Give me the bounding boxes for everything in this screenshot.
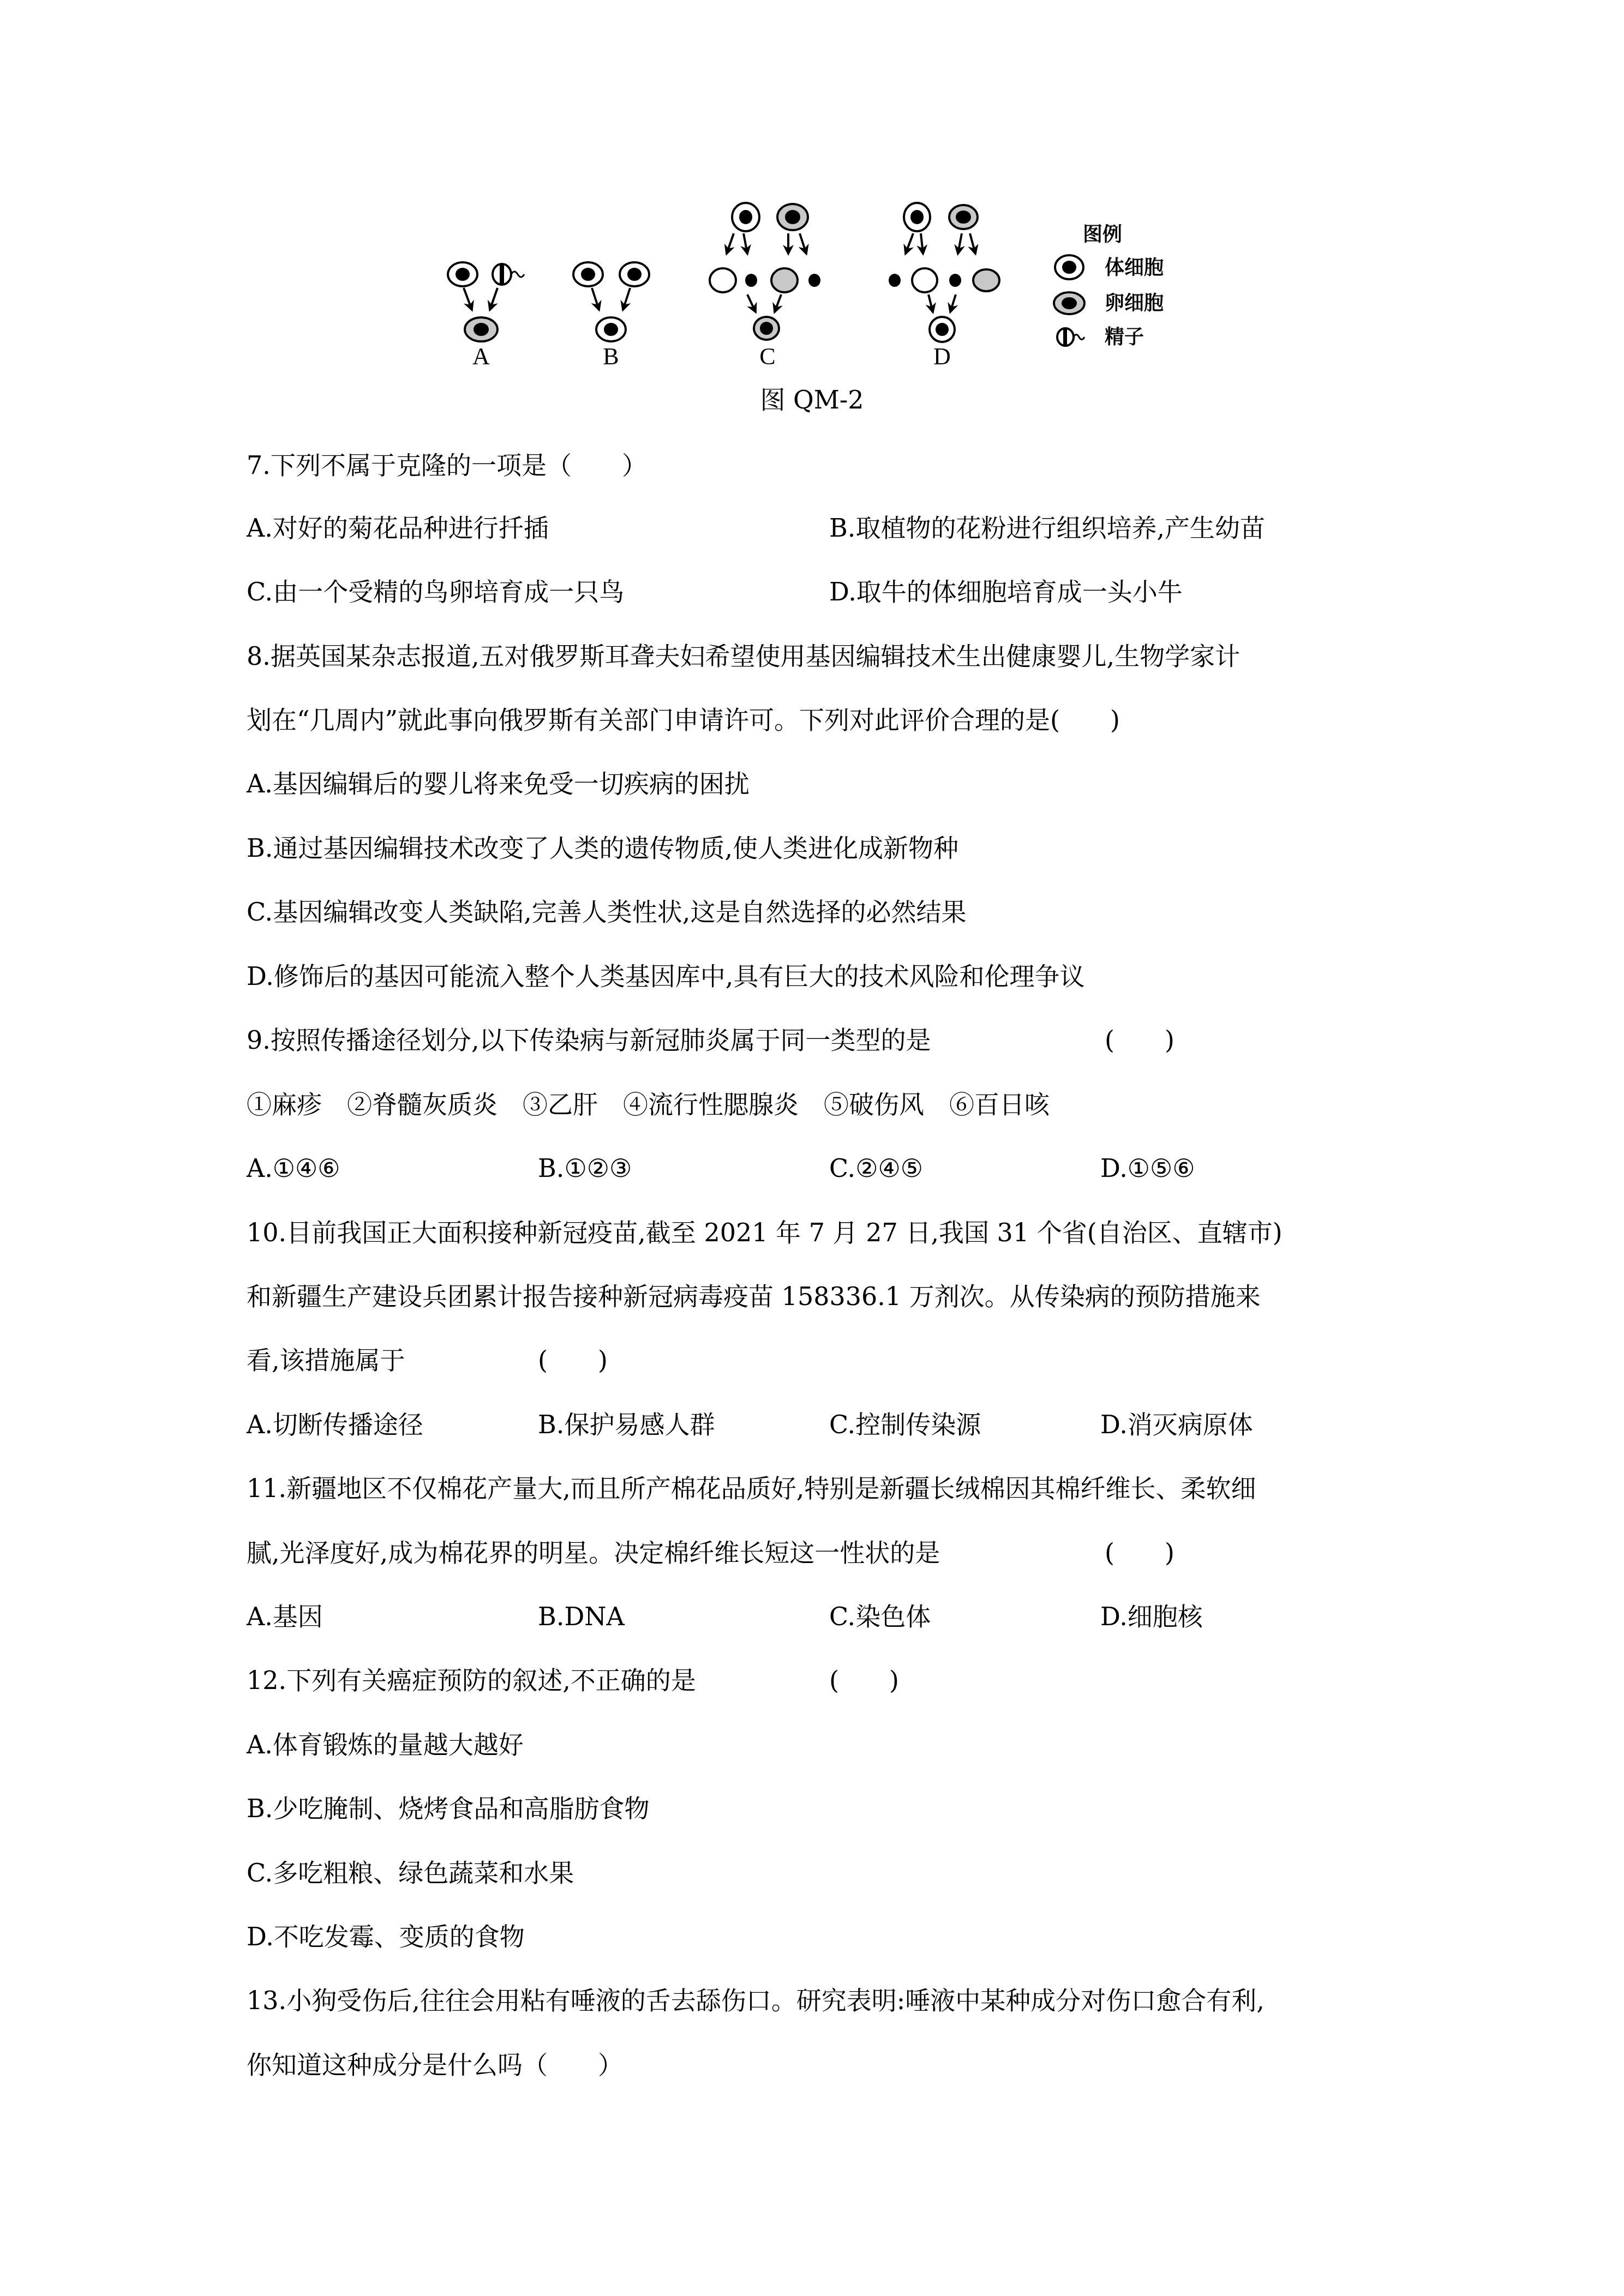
question-8-stem-line-1: 8.据英国某杂志报道,五对俄罗斯耳聋夫妇希望使用基因编辑技术生出健康婴儿,生物学… [247, 640, 1240, 672]
nucleus [949, 274, 961, 287]
question-13-stem-line-1: 13.小狗受伤后,往往会用粘有唾液的舌去舔伤口。研究表明:唾液中某种成分对伤口愈… [247, 1984, 1265, 2017]
question-9-stem: 9.按照传播途径划分,以下传染病与新冠肺炎属于同一类型的是 [247, 1024, 931, 1056]
question-11-option-a[interactable]: A.基因 [247, 1600, 323, 1633]
figure-qm-2: A B C D 图例 体细胞 卵细胞 精子 [0, 0, 1624, 382]
question-10-stem-line-3: 看,该措施属于 [247, 1344, 405, 1377]
question-8-option-d[interactable]: D.修饰后的基因可能流入整个人类基因库中,具有巨大的技术风险和伦理争议 [247, 960, 1085, 993]
question-12-option-a[interactable]: A.体育锻炼的量越大越好 [247, 1728, 524, 1761]
somatic-cell-icon [930, 317, 955, 342]
somatic-cell-icon [732, 203, 759, 231]
enucleated-cell [912, 268, 937, 292]
question-12-answer-blank[interactable]: ( ) [829, 1664, 899, 1697]
panel-b [573, 262, 649, 341]
enucleated-egg [771, 268, 798, 292]
somatic-cell-icon [904, 203, 930, 231]
egg-cell-icon [777, 204, 808, 230]
question-11-stem-line-1: 11.新疆地区不仅棉花产量大,而且所产棉花品质好,特别是新疆长绒棉因其棉纤维长、… [247, 1472, 1256, 1505]
question-8-option-b[interactable]: B.通过基因编辑技术改变了人类的遗传物质,使人类进化成新物种 [247, 832, 958, 864]
panel-label-a: A [472, 343, 490, 370]
question-12-option-c[interactable]: C.多吃粗粮、绿色蔬菜和水果 [247, 1856, 574, 1889]
question-7-option-b[interactable]: B.取植物的花粉进行组织培养,产生幼苗 [829, 512, 1265, 544]
somatic-cell-icon [1055, 255, 1083, 279]
question-9-option-b[interactable]: B.①②③ [538, 1152, 632, 1185]
question-12-option-d[interactable]: D.不吃发霉、变质的食物 [247, 1920, 525, 1953]
somatic-cell-icon [596, 317, 626, 341]
panel-label-b: B [603, 343, 619, 370]
question-8-option-c[interactable]: C.基因编辑改变人类缺陷,完善人类性状,这是自然选择的必然结果 [247, 895, 966, 928]
panel-a [448, 262, 524, 341]
egg-cell-icon [949, 205, 978, 229]
legend-title: 图例 [1083, 224, 1122, 246]
question-12-option-b[interactable]: B.少吃腌制、烧烤食品和高脂肪食物 [247, 1792, 649, 1825]
question-9-option-a[interactable]: A.①④⑥ [247, 1152, 340, 1185]
panel-c [710, 203, 820, 340]
somatic-cell-icon [620, 262, 649, 286]
enucleated-cell [710, 268, 736, 292]
question-10-option-d[interactable]: D.消灭病原体 [1100, 1408, 1253, 1441]
legend-label-sperm: 精子 [1105, 326, 1144, 348]
question-11-option-d[interactable]: D.细胞核 [1100, 1600, 1203, 1633]
question-13-stem-line-2: 你知道这种成分是什么吗（ ） [247, 2048, 623, 2081]
question-8-option-a[interactable]: A.基因编辑后的婴儿将来免受一切疾病的困扰 [247, 767, 750, 800]
question-10-answer-blank[interactable]: ( ) [538, 1344, 608, 1377]
egg-cell-icon [465, 317, 498, 341]
question-10-stem-line-1: 10.目前我国正大面积接种新冠疫苗,截至 2021 年 7 月 27 日,我国 … [247, 1216, 1283, 1249]
question-11-option-c[interactable]: C.染色体 [829, 1600, 931, 1633]
question-10-option-b[interactable]: B.保护易感人群 [538, 1408, 715, 1441]
question-12-stem: 12.下列有关癌症预防的叙述,不正确的是 [247, 1664, 696, 1697]
question-7-option-c[interactable]: C.由一个受精的鸟卵培育成一只鸟 [247, 575, 624, 608]
legend [1054, 255, 1084, 346]
nucleus [889, 274, 901, 287]
egg-cell-icon [1054, 292, 1084, 314]
question-11-answer-blank[interactable]: ( ) [1105, 1536, 1174, 1569]
figure-caption: 图 QM-2 [0, 383, 1624, 416]
somatic-cell-icon [448, 262, 477, 286]
panel-d [889, 203, 999, 342]
question-9-option-d[interactable]: D.①⑤⑥ [1100, 1152, 1195, 1185]
panel-label-c: C [759, 343, 775, 370]
question-11-stem-line-2: 腻,光泽度好,成为棉花界的明星。决定棉纤维长短这一性状的是 [247, 1536, 940, 1569]
question-7-stem: 7.下列不属于克隆的一项是（ ） [247, 449, 647, 482]
question-10-option-a[interactable]: A.切断传播途径 [247, 1408, 423, 1441]
legend-label-somatic: 体细胞 [1105, 257, 1164, 279]
question-7-option-d[interactable]: D.取牛的体细胞培育成一头小牛 [829, 575, 1183, 608]
nucleus [808, 274, 820, 287]
egg-cell-icon [754, 317, 779, 340]
question-11-option-b[interactable]: B.DNA [538, 1600, 625, 1633]
sperm-icon [493, 264, 524, 285]
question-10-stem-line-2: 和新疆生产建设兵团累计报告接种新冠病毒疫苗 158336.1 万剂次。从传染病的… [247, 1280, 1261, 1313]
somatic-cell-icon [573, 262, 603, 286]
question-9-option-c[interactable]: C.②④⑤ [829, 1152, 923, 1185]
nucleus [745, 274, 757, 287]
question-9-answer-blank[interactable]: ( ) [1105, 1024, 1174, 1056]
question-8-stem-line-2: 划在“几周内”就此事向俄罗斯有关部门申请许可。下列对此评价合理的是( ) [247, 704, 1120, 736]
question-7-option-a[interactable]: A.对好的菊花品种进行扦插 [247, 512, 549, 544]
question-10-option-c[interactable]: C.控制传染源 [829, 1408, 981, 1441]
legend-label-egg: 卵细胞 [1105, 292, 1164, 315]
question-9-disease-list: ①麻疹 ②脊髓灰质炎 ③乙肝 ④流行性腮腺炎 ⑤破伤风 ⑥百日咳 [247, 1088, 1050, 1121]
enucleated-egg [973, 269, 999, 291]
panel-label-d: D [933, 343, 951, 370]
sperm-icon [1057, 328, 1084, 346]
